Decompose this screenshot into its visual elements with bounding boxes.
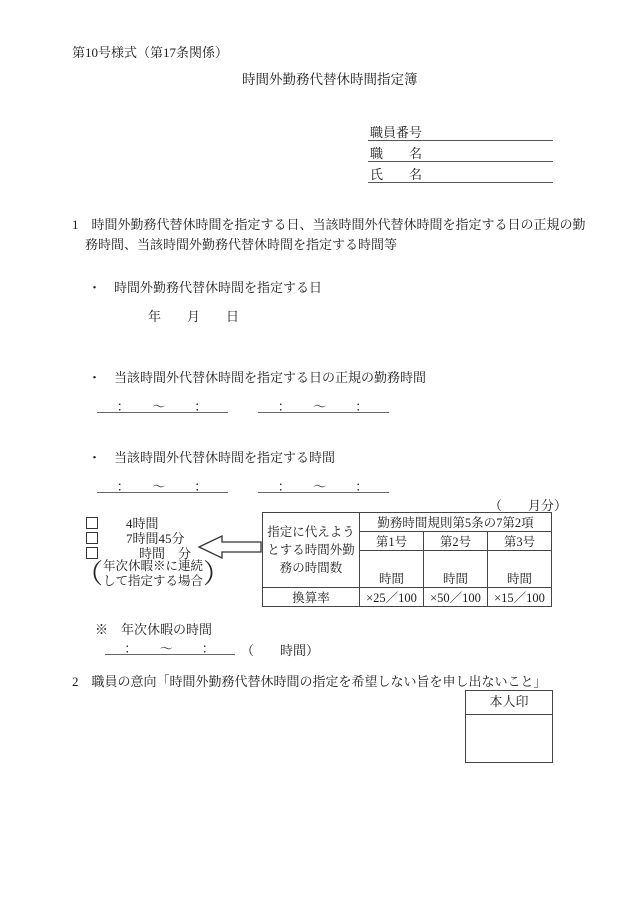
- job-title-label: 職 名: [370, 146, 422, 161]
- table-row-header: 指定に代えようとする時間外勤務の時間数: [263, 513, 360, 588]
- employee-number-field[interactable]: 職員番号: [368, 122, 553, 141]
- page-title: 時間外勤務代替休時間指定簿: [242, 68, 418, 88]
- annual-leave-time-range[interactable]: ： ～ ：: [105, 638, 235, 655]
- close-paren: ）: [203, 557, 230, 591]
- conversion-table: 指定に代えようとする時間外勤務の時間数 勤務時間規則第5条の7第2項 第1号 第…: [262, 512, 552, 607]
- personal-seal-box[interactable]: 本人印: [465, 690, 553, 763]
- regular-hours-range-1[interactable]: ： ～ ：: [97, 396, 228, 413]
- checkbox-icon[interactable]: [86, 517, 98, 529]
- checkbox-icon[interactable]: [86, 532, 98, 544]
- bullet-designated-time: ・ 当該時間外代替休時間を指定する時間: [88, 447, 335, 466]
- date-placeholder[interactable]: 年 月 日: [148, 306, 239, 325]
- rate-row-label: 換算率: [263, 588, 360, 607]
- table-group-header: 勤務時間規則第5条の7第2項: [360, 513, 552, 532]
- paren-note-line2: して指定する場合: [103, 574, 203, 589]
- rate-value-2: ×50／100: [424, 588, 488, 607]
- section2-heading: 2 職員の意向「時間外勤務代替休時間の指定を希望しない旨を申し出ないこと」: [72, 671, 547, 690]
- designated-time-range-2[interactable]: ： ～ ：: [258, 476, 389, 493]
- annual-leave-time-label: ※ 年次休暇の時間: [95, 619, 212, 638]
- form-number: 第10号様式（第17条関係）: [72, 42, 228, 61]
- form-page: 第10号様式（第17条関係） 時間外勤務代替休時間指定簿 職員番号 職 名 氏 …: [0, 0, 630, 903]
- section1-heading-line1: 1 時間外勤務代替休時間を指定する日、当該時間外代替休時間を指定する日の正規の勤: [72, 214, 586, 233]
- name-field[interactable]: 氏 名: [368, 164, 553, 183]
- open-paren: （: [76, 557, 103, 591]
- annual-leave-duration-suffix: （ 時間）: [241, 640, 319, 659]
- hours-input-cell-3[interactable]: 時間: [488, 551, 552, 588]
- left-arrow-icon: [198, 533, 262, 561]
- table-col-3: 第3号: [488, 532, 552, 551]
- regular-hours-range-2[interactable]: ： ～ ：: [258, 396, 389, 413]
- table-col-2: 第2号: [424, 532, 488, 551]
- job-title-field[interactable]: 職 名: [368, 143, 553, 162]
- table-col-1: 第1号: [360, 532, 424, 551]
- hours-input-cell-1[interactable]: 時間: [360, 551, 424, 588]
- hours-input-cell-2[interactable]: 時間: [424, 551, 488, 588]
- personal-seal-label: 本人印: [466, 691, 552, 715]
- bullet-regular-hours: ・ 当該時間外代替休時間を指定する日の正規の勤務時間: [88, 367, 426, 386]
- name-label: 氏 名: [370, 167, 422, 182]
- designated-time-range-1[interactable]: ： ～ ：: [97, 476, 228, 493]
- annual-leave-consecutive-note: （ 年次休暇※に連続 して指定する場合 ）: [76, 557, 230, 591]
- rate-value-1: ×25／100: [360, 588, 424, 607]
- employee-number-label: 職員番号: [370, 125, 422, 140]
- section1-heading-line2: 務時間、当該時間外勤務代替休時間を指定する時間等: [85, 234, 397, 253]
- bullet-designated-date: ・ 時間外勤務代替休時間を指定する日: [88, 277, 322, 296]
- rate-value-3: ×15／100: [488, 588, 552, 607]
- paren-note-line1: 年次休暇※に連続: [103, 559, 203, 574]
